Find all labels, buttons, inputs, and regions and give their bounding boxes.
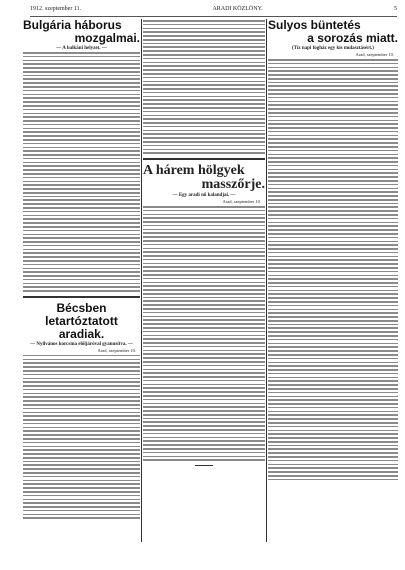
body-text (23, 52, 140, 292)
divider (143, 158, 265, 160)
subheadline: (Tíz napi fogház egy kis mulasztásért.) (268, 46, 398, 51)
issue-date: 1912. szeptember 11. (30, 6, 81, 16)
column-3: Sulyos büntetés a sorozás miatt. (Tíz na… (268, 19, 398, 540)
column-2: A hárem hölgyek masszőrje. — Egy aradi n… (143, 19, 265, 540)
divider (23, 296, 140, 298)
headline: aradiak. (23, 328, 140, 341)
column-1: Bulgária háborus mozgalmai. — A balkáni … (23, 19, 140, 540)
dateline: Arad, szeptember 10. (23, 348, 136, 353)
headline: masszőrje. (143, 178, 265, 192)
body-text (23, 355, 140, 519)
body-text (143, 206, 265, 461)
dateline: Arad, szeptember 10. (143, 199, 261, 204)
page-number: 5 (394, 6, 397, 16)
article-bulgaria: Bulgária háborus mozgalmai. — A balkáni … (23, 19, 140, 292)
body-text (143, 20, 265, 154)
article-harem: A hárem hölgyek masszőrje. — Egy aradi n… (143, 164, 265, 466)
headline: A hárem hölgyek (143, 164, 265, 178)
end-rule (195, 465, 213, 466)
subheadline: — A balkáni helyzet. — (23, 46, 140, 51)
headline: mozgalmai. (23, 32, 140, 45)
column-divider (141, 19, 142, 542)
body-text (268, 59, 398, 480)
subheadline: — Egy aradi nő kalandjai. — (143, 193, 265, 198)
page-header: 1912. szeptember 11. ARADI KÖZLÖNY. 5 (30, 6, 397, 17)
newspaper-title: ARADI KÖZLÖNY. (212, 6, 262, 16)
headline: Bécsben letartóztatott (23, 302, 140, 328)
article-sulyos: Sulyos büntetés a sorozás miatt. (Tíz na… (268, 19, 398, 480)
column-divider (266, 19, 267, 542)
subheadline: — Nyilvános korcsma elöljáróval gyanusít… (23, 342, 140, 347)
dateline: Arad, szeptember 10. (268, 52, 394, 57)
article-becs: Bécsben letartóztatott aradiak. — Nyilvá… (23, 302, 140, 519)
headline: a sorozás miatt. (268, 32, 398, 45)
